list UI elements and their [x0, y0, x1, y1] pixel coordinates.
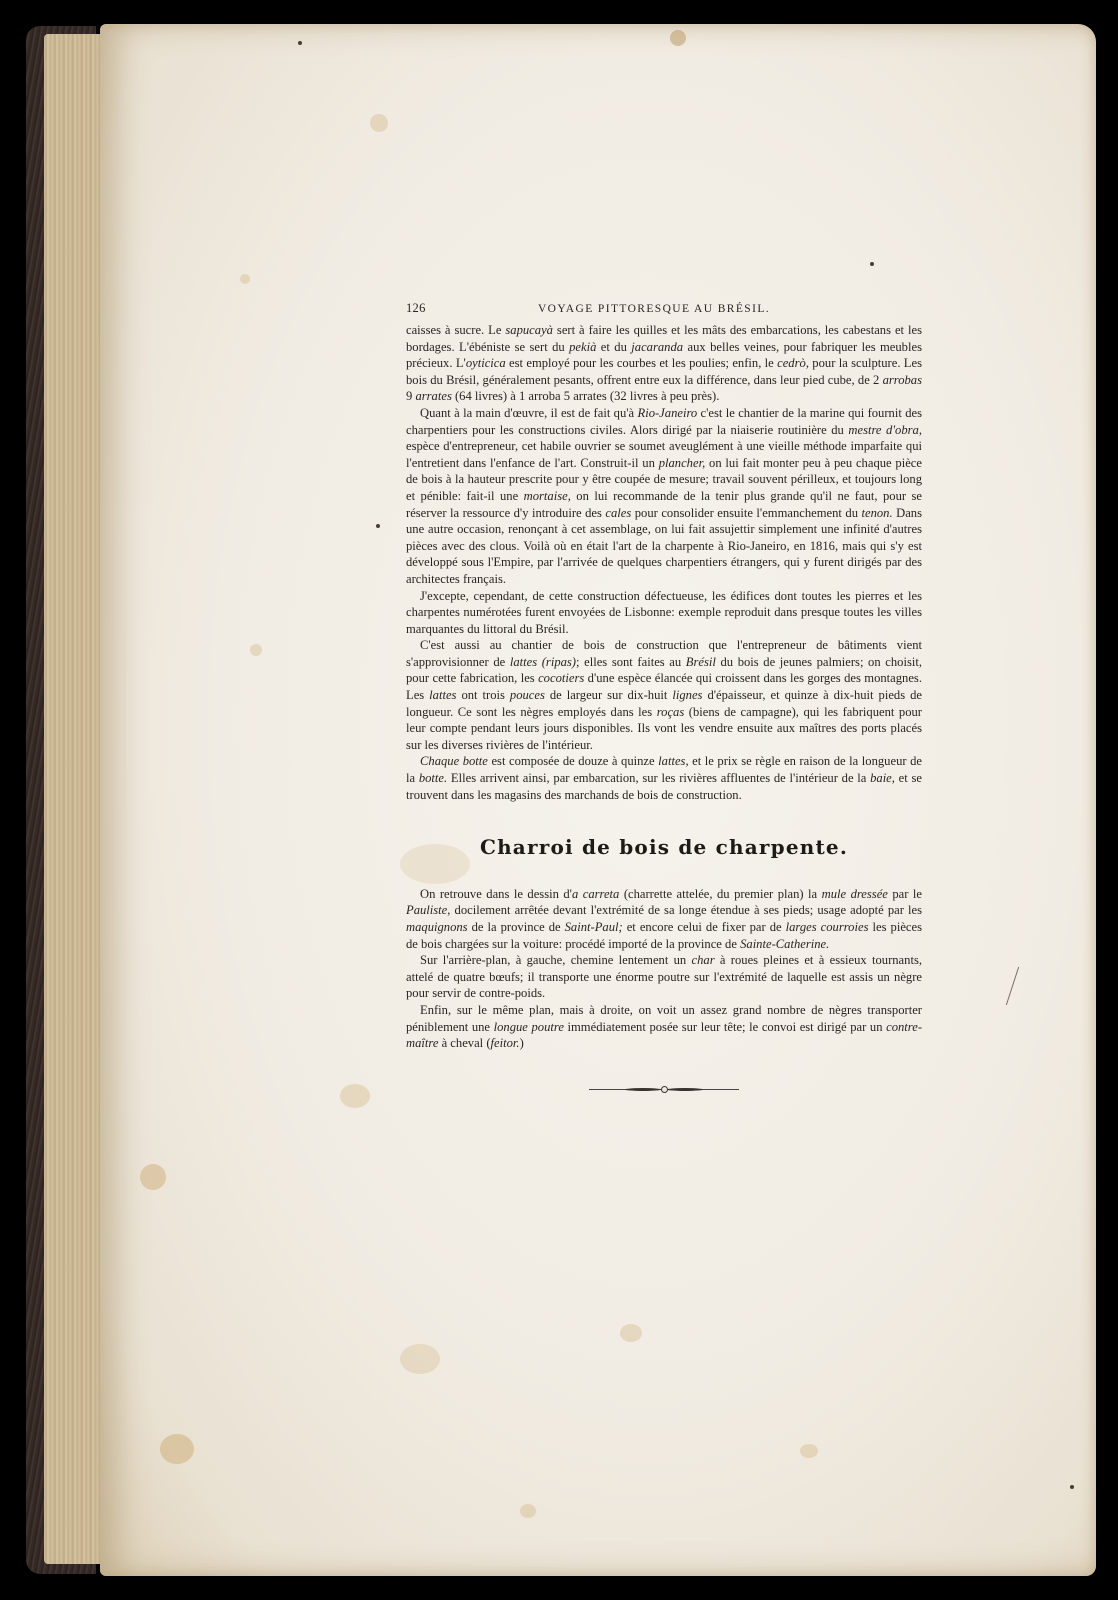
paragraph: Sur l'arrière-plan, à gauche, chemine le…: [406, 952, 922, 1002]
section-heading: Charroi de bois de charpente.: [406, 839, 922, 856]
paragraph: On retrouve dans le dessin d'a carreta (…: [406, 886, 922, 952]
ornamental-rule-icon: [589, 1086, 739, 1094]
running-head: 126 VOYAGE PITTORESQUE AU BRÉSIL.: [406, 300, 922, 320]
foxing-stain: [800, 1444, 818, 1458]
body-text-bottom: On retrouve dans le dessin d'a carreta (…: [406, 886, 922, 1052]
foxing-stain: [400, 1344, 440, 1374]
foxing-stain: [620, 1324, 642, 1342]
paragraph: C'est aussi au chantier de bois de const…: [406, 637, 922, 753]
foxing-stain: [340, 1084, 370, 1108]
margin-mark: [298, 41, 302, 45]
text-block: 126 VOYAGE PITTORESQUE AU BRÉSIL. caisse…: [406, 300, 922, 1094]
margin-mark: [376, 524, 380, 528]
body-text-top: caisses à sucre. Le sapucayà sert à fair…: [406, 322, 922, 803]
paragraph: Enfin, sur le même plan, mais à droite, …: [406, 1002, 922, 1052]
foxing-stain: [370, 114, 388, 132]
running-title: VOYAGE PITTORESQUE AU BRÉSIL.: [446, 301, 922, 318]
paragraph: J'excepte, cependant, de cette construct…: [406, 588, 922, 638]
margin-mark: [870, 262, 874, 266]
paragraph: Quant à la main d'œuvre, il est de fait …: [406, 405, 922, 588]
foxing-stain: [160, 1434, 194, 1464]
paragraph: caisses à sucre. Le sapucayà sert à fair…: [406, 322, 922, 405]
foxing-stain: [520, 1504, 536, 1518]
foxing-stain: [670, 30, 686, 46]
margin-mark: [1070, 1485, 1074, 1489]
paragraph: Chaque botte est composée de douze à qui…: [406, 753, 922, 803]
page-number: 126: [406, 300, 446, 317]
foxing-stain: [240, 274, 250, 284]
foxing-stain: [250, 644, 262, 656]
foxing-stain: [140, 1164, 166, 1190]
